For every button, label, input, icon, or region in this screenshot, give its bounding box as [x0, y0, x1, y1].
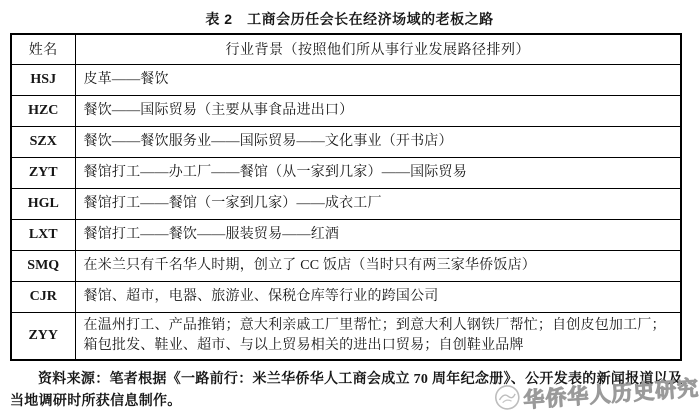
president-name-cell: HGL: [11, 188, 75, 219]
table-row: SMQ 在米兰只有千名华人时期，创立了 CC 饭店（当时只有两三家华侨饭店）: [11, 250, 681, 281]
president-name-cell: CJR: [11, 281, 75, 312]
table-body: HSJ 皮革——餐饮 HZC 餐饮——国际贸易（主要从事食品进出口） SZX 餐…: [11, 64, 681, 360]
table-row: ZYT 餐馆打工——办工厂——餐馆（从一家到几家）——国际贸易: [11, 157, 681, 188]
president-name-cell: HZC: [11, 95, 75, 126]
president-name-cell: SZX: [11, 126, 75, 157]
table-row: LXT 餐馆打工——餐饮——服装贸易——红酒: [11, 219, 681, 250]
industry-background-cell: 餐饮——国际贸易（主要从事食品进出口）: [75, 95, 681, 126]
industry-background-cell: 在温州打工、产品推销；意大利亲戚工厂里帮忙；到意大利人钢铁厂帮忙；自创皮包加工厂…: [75, 312, 681, 360]
president-name-cell: HSJ: [11, 64, 75, 95]
table-row: HSJ 皮革——餐饮: [11, 64, 681, 95]
header-name: 姓名: [11, 34, 75, 64]
president-name-cell: SMQ: [11, 250, 75, 281]
industry-background-cell: 餐馆、超市，电器、旅游业、保税仓库等行业的跨国公司: [75, 281, 681, 312]
source-note: 资料来源：笔者根据《一路前行：米兰华侨华人工商会成立 70 周年纪念册》、公开发…: [10, 369, 688, 413]
industry-background-cell: 餐馆打工——餐饮——服装贸易——红酒: [75, 219, 681, 250]
industry-background-cell: 皮革——餐饮: [75, 64, 681, 95]
table-row: HZC 餐饮——国际贸易（主要从事食品进出口）: [11, 95, 681, 126]
president-name-cell: LXT: [11, 219, 75, 250]
table-row: CJR 餐馆、超市，电器、旅游业、保税仓库等行业的跨国公司: [11, 281, 681, 312]
president-name-cell: ZYT: [11, 157, 75, 188]
table-title: 表 2 工商会历任会长在经济场域的老板之路: [0, 0, 699, 29]
table-row: SZX 餐饮——餐饮服务业——国际贸易——文化事业（开书店）: [11, 126, 681, 157]
industry-background-cell: 餐馆打工——餐馆（一家到几家）——成衣工厂: [75, 188, 681, 219]
industry-background-cell: 餐饮——餐饮服务业——国际贸易——文化事业（开书店）: [75, 126, 681, 157]
header-row: 姓名 行业背景（按照他们所从事行业发展路径排列）: [11, 34, 681, 64]
table-row: HGL 餐馆打工——餐馆（一家到几家）——成衣工厂: [11, 188, 681, 219]
presidents-career-table: 姓名 行业背景（按照他们所从事行业发展路径排列） HSJ 皮革——餐饮 HZC …: [10, 33, 682, 361]
industry-background-cell: 餐馆打工——办工厂——餐馆（从一家到几家）——国际贸易: [75, 157, 681, 188]
industry-background-cell: 在米兰只有千名华人时期，创立了 CC 饭店（当时只有两三家华侨饭店）: [75, 250, 681, 281]
table-row: ZYY 在温州打工、产品推销；意大利亲戚工厂里帮忙；到意大利人钢铁厂帮忙；自创皮…: [11, 312, 681, 360]
header-industry-background: 行业背景（按照他们所从事行业发展路径排列）: [75, 34, 681, 64]
president-name-cell: ZYY: [11, 312, 75, 360]
